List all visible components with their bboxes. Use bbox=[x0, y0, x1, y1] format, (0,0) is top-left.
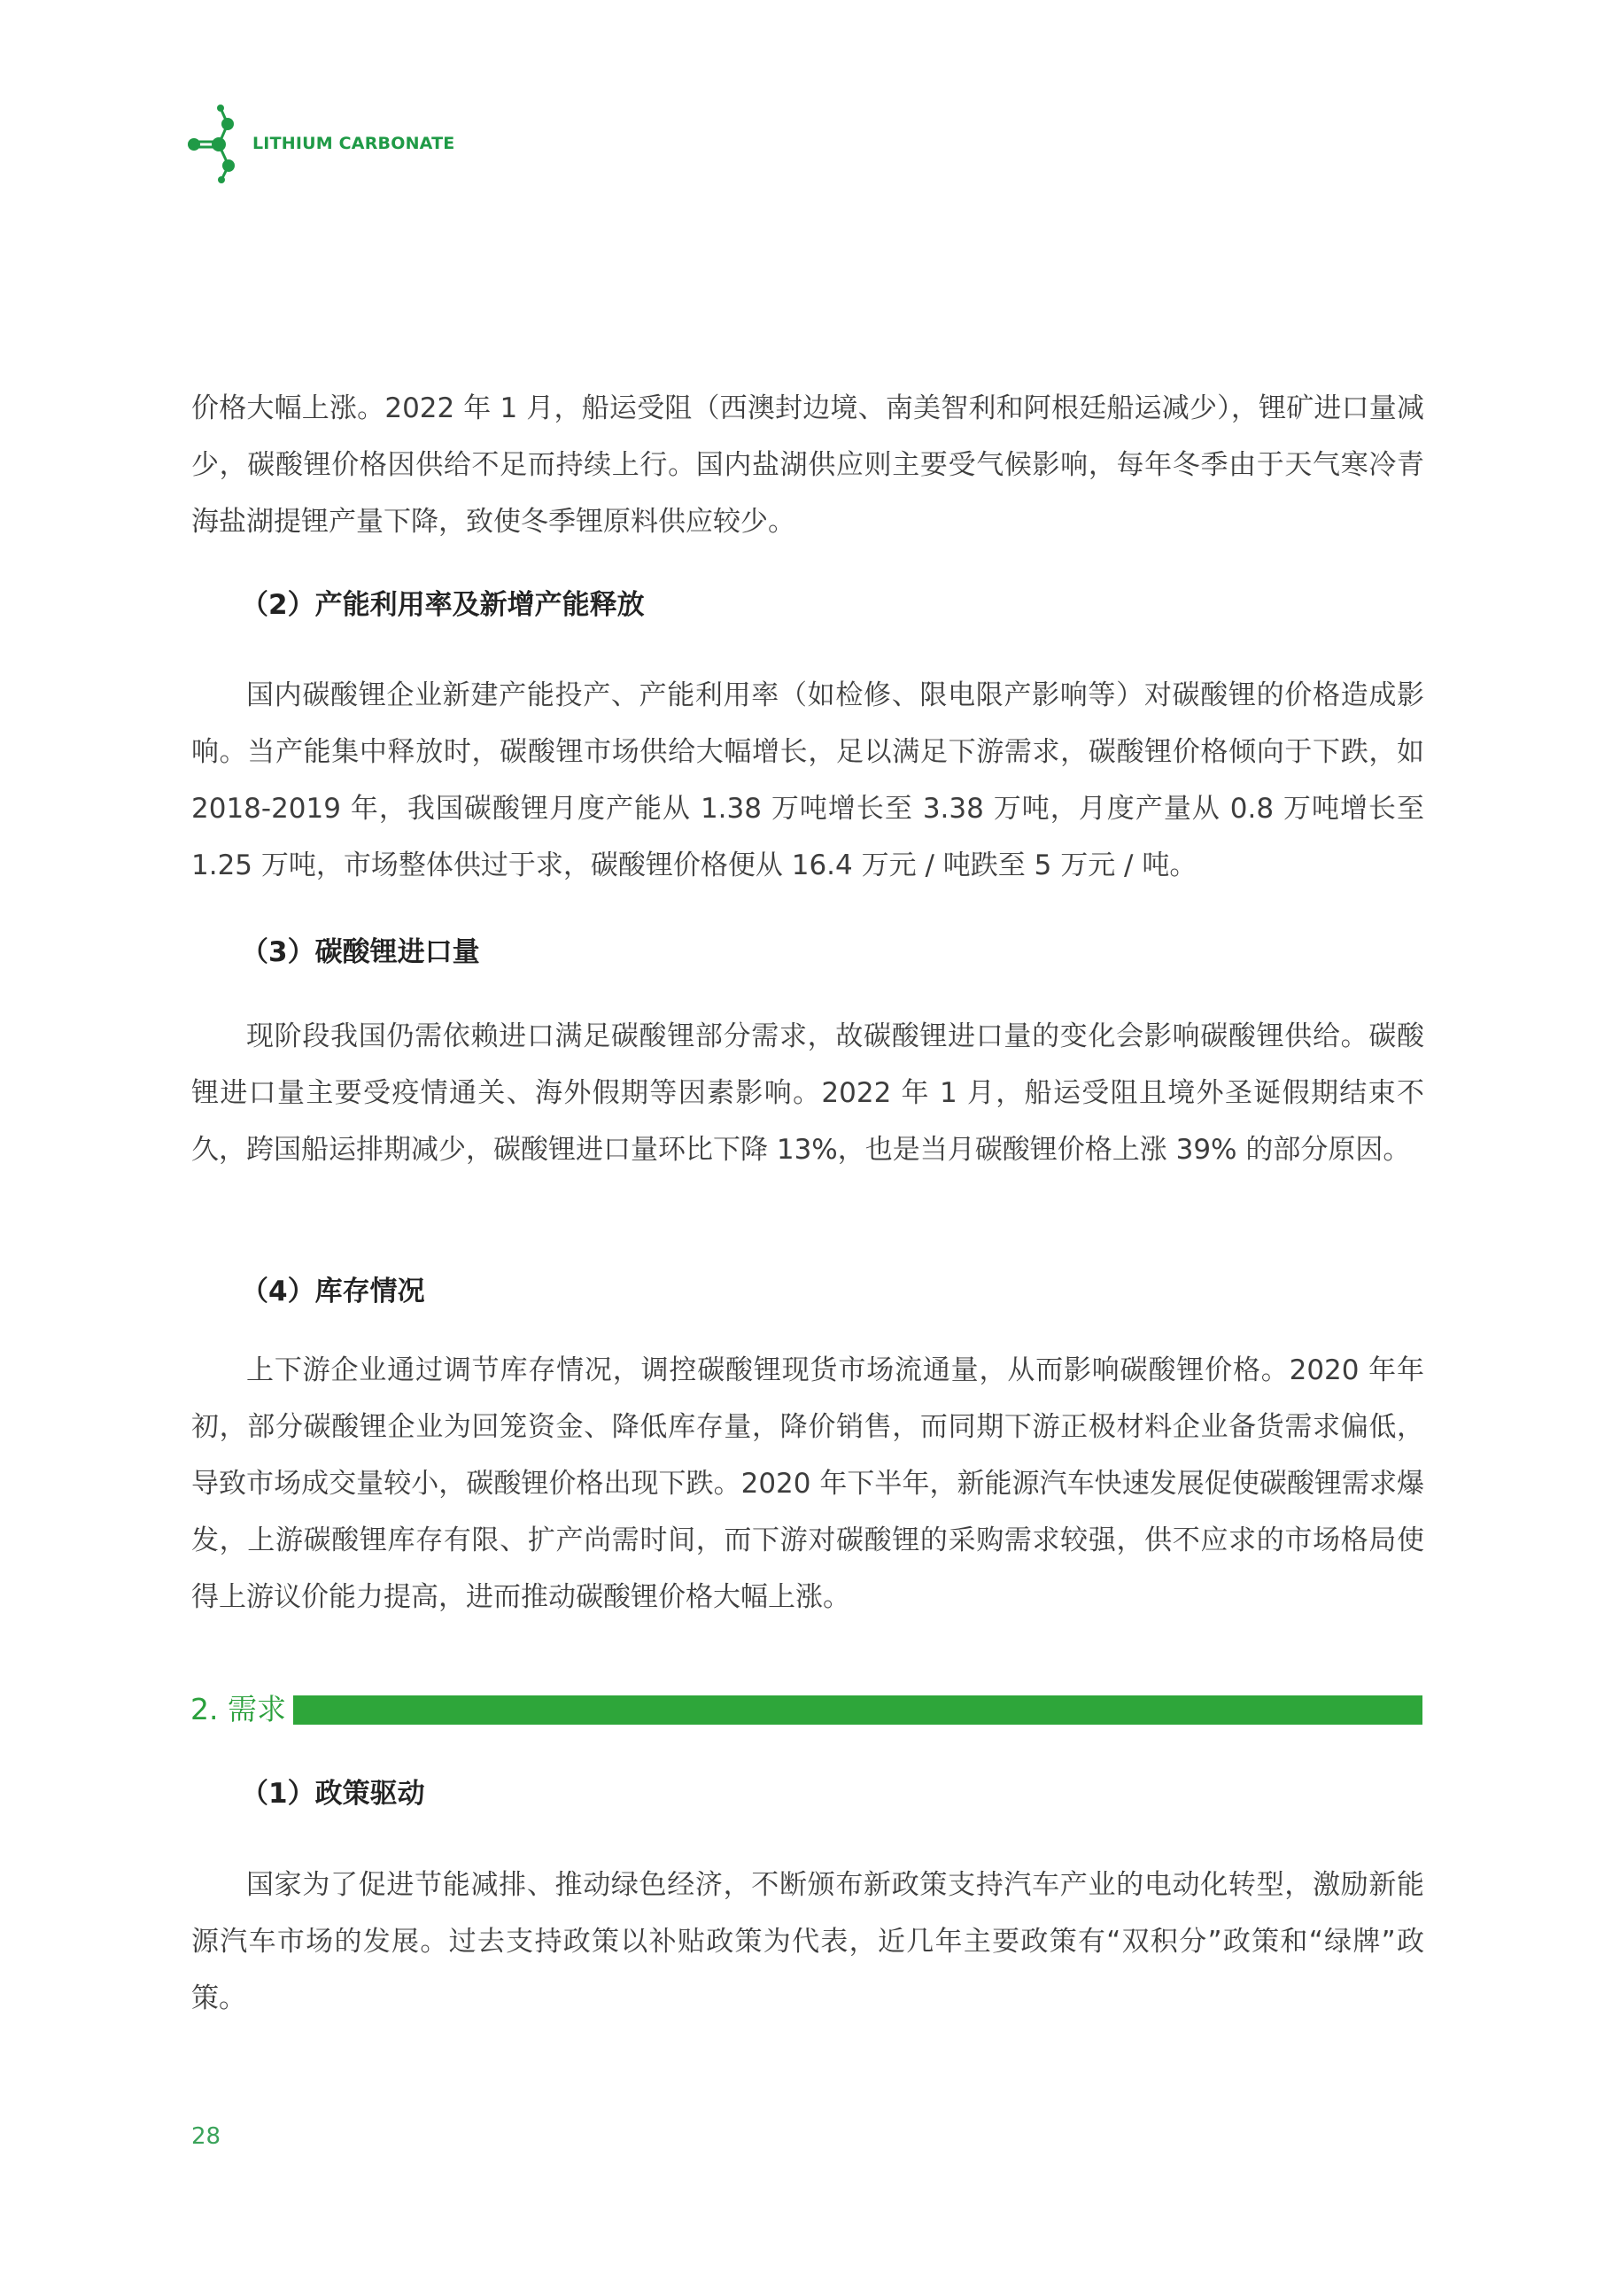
page-number: 28 bbox=[191, 2122, 221, 2151]
section-divider-bar bbox=[293, 1695, 1422, 1725]
subsection-paragraph-capacity: 国内碳酸锂企业新建产能投产、产能利用率（如检修、限电限产影响等）对碳酸锂的价格造… bbox=[191, 667, 1424, 894]
logo-text: LITHIUM CARBONATE bbox=[252, 134, 454, 153]
molecule-icon bbox=[182, 99, 244, 188]
subsection-heading-import: （3）碳酸锂进口量 bbox=[241, 933, 480, 972]
header-logo: LITHIUM CARBONATE bbox=[182, 99, 244, 188]
subsection-paragraph-import: 现阶段我国仍需依赖进口满足碳酸锂部分需求，故碳酸锂进口量的变化会影响碳酸锂供给。… bbox=[191, 1008, 1424, 1178]
subsection-paragraph-inventory: 上下游企业通过调节库存情况，调控碳酸锂现货市场流通量，从而影响碳酸锂价格。202… bbox=[191, 1342, 1424, 1625]
subsection-heading-inventory: （4）库存情况 bbox=[241, 1272, 425, 1311]
subsection-heading-policy: （1）政策驱动 bbox=[241, 1774, 425, 1813]
section-title: 2. 需求 bbox=[190, 1688, 286, 1731]
subsection-paragraph-policy: 国家为了促进节能减排、推动绿色经济，不断颁布新政策支持汽车产业的电动化转型，激励… bbox=[191, 1857, 1424, 2027]
subsection-heading-capacity: （2）产能利用率及新增产能释放 bbox=[241, 586, 645, 624]
intro-paragraph: 价格大幅上涨。2022 年 1 月，船运受阻（西澳封边境、南美智利和阿根廷船运减… bbox=[191, 380, 1424, 550]
section-header-demand: 2. 需求 bbox=[190, 1688, 1422, 1731]
